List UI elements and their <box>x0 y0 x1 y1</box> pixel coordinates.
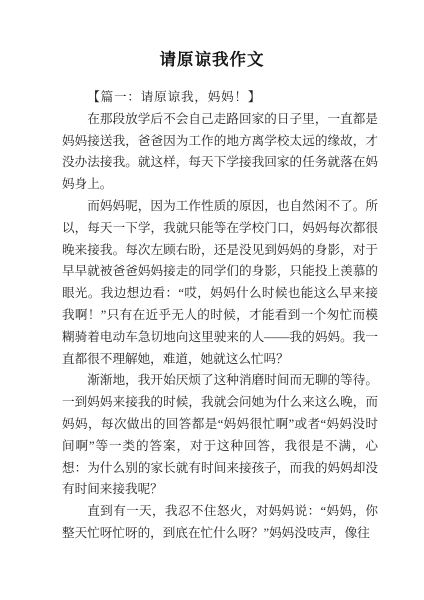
paragraph-1: 在那段放学后不会自己走路回家的日子里，一直都是妈妈接送我，爸爸因为工作的地方离学… <box>62 109 378 196</box>
essay-page: 请原谅我作文 【篇一：请原谅我，妈妈！】 在那段放学后不会自己走路回家的日子里，… <box>0 0 424 600</box>
paragraph-2: 而妈妈呢，因为工作性质的原因，也自然闲不了。所以，每天一下学，我就只能等在学校门… <box>62 196 378 370</box>
essay-body: 【篇一：请原谅我，妈妈！】 在那段放学后不会自己走路回家的日子里，一直都是妈妈接… <box>0 87 424 545</box>
page-title: 请原谅我作文 <box>0 0 424 70</box>
section-heading: 【篇一：请原谅我，妈妈！】 <box>62 87 378 109</box>
paragraph-4-truncated: 直到有一天，我忍不住怒火，对妈妈说：“妈妈，你整天忙呀忙呀的，到底在忙什么呀？”… <box>62 501 378 545</box>
paragraph-3: 渐渐地，我开始厌烦了这种消磨时间而无聊的等待。一到妈妈来接我的时候，我就会问她为… <box>62 370 378 501</box>
